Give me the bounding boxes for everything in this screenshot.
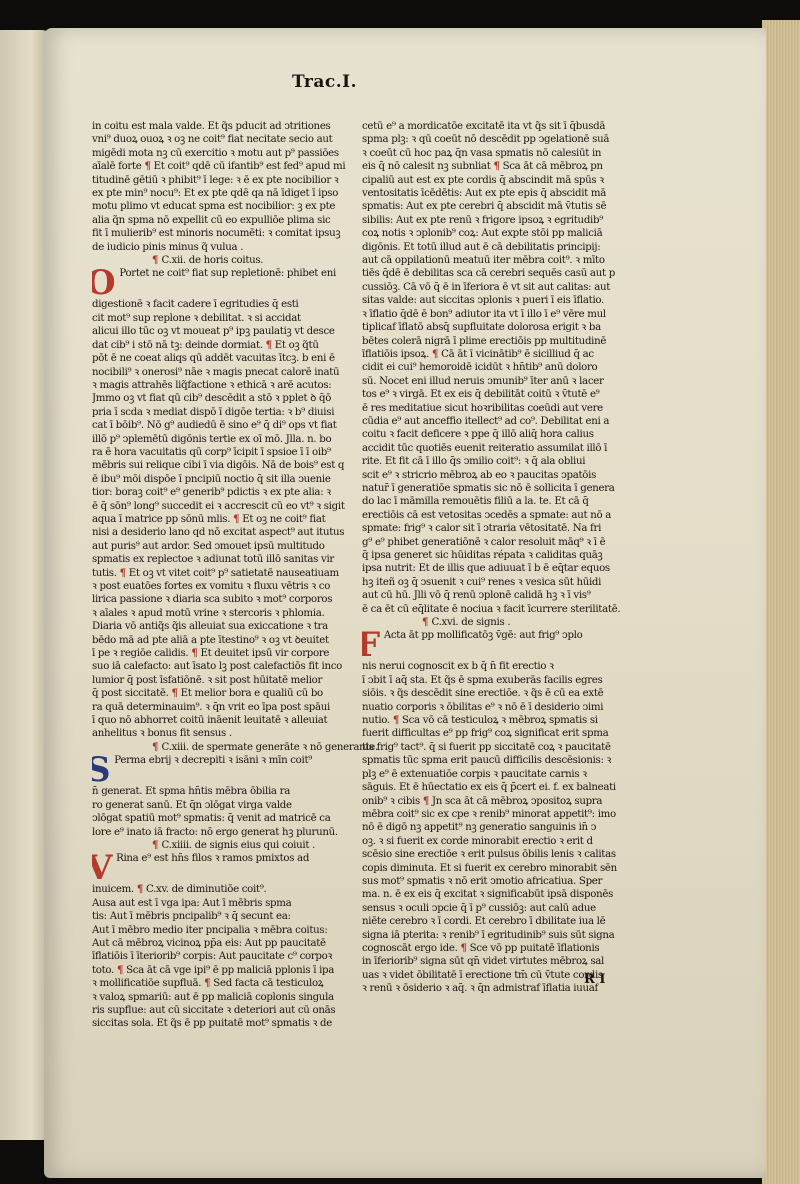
text-line: ꝛ valoꝝ spmariū: aut ē pp maliciā coplon… xyxy=(92,991,354,1004)
text-line: signa iā pterita: ꝛ renib⁹ ī egritudinib… xyxy=(362,929,624,942)
pilcrow-mark: ¶ xyxy=(144,160,150,172)
text-line: aīalē forte ¶ Et coit⁹ qdē cū ifantib⁹ e… xyxy=(92,160,354,173)
text-line: de iudicio pinis minus q̃ vulua . xyxy=(92,241,354,254)
text-line: īflatiōis ipsoꝝ. ¶ Cā āt ī vicinātib⁹ ē … xyxy=(362,348,624,361)
text-line: sensus ꝛ oculi ↄpcie q̄ ī p⁹ cussiōꝫ: au… xyxy=(362,902,624,915)
text-line: q̄ ipsa generet sic hūiditas répata ꝛ ca… xyxy=(362,549,624,562)
text-line: spma plꝫ: ꝛ qū coeūt nō descēdit pp ↄgel… xyxy=(362,133,624,146)
text-line: nutio. ¶ Sca vō cā testiculoꝝ ꝛ mēbroꝝ s… xyxy=(362,714,624,727)
text-line: alia q̃n spma nō expellit cū eo expulliō… xyxy=(92,214,354,227)
text-line: pōt ē ne coeat aliqs qū addēt vacuitas ī… xyxy=(92,352,354,365)
text-line: mēbra coit⁹ sic ex cpe ꝛ renib⁹ minorat … xyxy=(362,808,624,821)
text-line: g⁹ e⁹ phibet generatiōnē ꝛ calor resolui… xyxy=(362,536,624,549)
text-line: Aut ī mēbro medio iter pncipalia ꝛ mēbra… xyxy=(92,924,354,937)
page-stack-edge xyxy=(762,20,800,1184)
text-line: FActa āt pp mollificatōꝫ v̄gē: aut frig⁹… xyxy=(362,629,624,660)
text-line: spmatis tūc spma erit paucū difficilis d… xyxy=(362,754,624,767)
text-line: fit ī mulierib⁹ est minoris nocumēti: ꝛ … xyxy=(92,227,354,240)
text-line: hꝫ iteñ oꝫ q̄ ↄsuenit ꝛ cui⁹ renes ꝛ ves… xyxy=(362,576,624,589)
book-page: Trac.I. in coitu est mala valde. Et q̃s … xyxy=(44,28,766,1178)
text-line: cussiōꝫ. Cā vō q̄ ē in īferiora ē vt sit… xyxy=(362,281,624,294)
text-line: tis: Aut ī mēbris pncipalib⁹ ꝛ q̄ secunt… xyxy=(92,910,354,923)
text-line: q̄ post siccitatē. ¶ Et melior bora e qu… xyxy=(92,687,354,700)
text-line: inuicem. ¶ C.xv. de diminutiōe coit⁹. xyxy=(92,883,354,896)
decorated-initial: S xyxy=(92,755,110,785)
chapter-heading: ¶ C.xiiii. de signis eius qui coiuit . xyxy=(92,839,354,852)
text-line: ī pe ꝛ regiōe calidis. ¶ Et deuitet ipsū… xyxy=(92,647,354,660)
text-line: ꝛ magis attrahēs liq̃factione ꝛ ethicā ꝛ… xyxy=(92,379,354,392)
text-line: nis nerui cognoscit ex b q̄ n̄ fit erect… xyxy=(362,660,624,673)
text-line: migēdi mota nꝫ cū exercitio ꝛ motu aut p… xyxy=(92,147,354,160)
text-line: nisi a desiderio lano qd nō excitat aspe… xyxy=(92,526,354,539)
text-line: coitu ꝛ facit deficere ꝛ ppe q̄ illō ali… xyxy=(362,428,624,441)
text-line: titudinē gētiū ꝛ phibit⁹ ī lege: ꝛ ē ex … xyxy=(92,174,354,187)
text-line: spmate: frig⁹ ꝛ calor sit ī ↄtraria vēto… xyxy=(362,522,624,535)
text-line: accidit tūc quotiēs euenit reiteratio as… xyxy=(362,442,624,455)
chapter-heading: ¶ C.xiii. de spermate generāte ꝛ nō gene… xyxy=(92,741,354,754)
text-line: cognoscāt ergo ide. ¶ Sce vō pp puitatē … xyxy=(362,942,624,955)
text-line: nuatio corporis ꝛ ōbilitas e⁹ ꝛ nō ē ī d… xyxy=(362,701,624,714)
right-column: cetū e⁹ a mordicatōe excitatē ita vt q̃s… xyxy=(362,120,624,996)
text-line: ī ↄbit ī aq̄ sta. Et q̃s ē spma exuberās… xyxy=(362,674,624,687)
text-line: fuerit difficultas e⁹ pp frig⁹ coꝝ signi… xyxy=(362,727,624,740)
text-line: nocibili⁹ ꝛ onerosi⁹ nāe ꝛ magis pnecat … xyxy=(92,366,354,379)
text-line: coꝝ notis ꝛ ↄplonib⁹ coꝝ: Aut expte stōi… xyxy=(362,227,624,240)
text-line: OPortet ne coit⁹ fiat sup repletionē: ph… xyxy=(92,267,354,298)
left-column: in coitu est mala valde. Et q̃s pducit a… xyxy=(92,120,354,1031)
text-line: n̄ generat. Et spma hn̄tis mēbra ōbilia … xyxy=(92,785,354,798)
decorated-initial: V xyxy=(92,853,112,883)
text-line: in coitu est mala valde. Et q̃s pducit a… xyxy=(92,120,354,133)
text-line: cipaliū aut est ex pte cordis q̄ abscind… xyxy=(362,174,624,187)
text-line: scit e⁹ ꝛ stricrio mēbroꝝ ab eo ꝛ paucit… xyxy=(362,469,624,482)
text-line: ē ibu⁹ mōi dispōe ī pncipiū noctio q̄ si… xyxy=(92,473,354,486)
text-line: tiplicaf īflatō absq̄ supfluitate doloro… xyxy=(362,321,624,334)
text-line: SPerma ebrij ꝛ decrepiti ꝛ isāni ꝛ mīn c… xyxy=(92,754,354,785)
text-line: cat ī bōib⁹. Nō g⁹ audiedū ē sino e⁹ q̄ … xyxy=(92,419,354,432)
text-line: ꝛ coeūt cū hoc paꝝ q̄n vasa spmatis nō c… xyxy=(362,147,624,160)
text-line: ventositatis īcēdētis: Aut ex pte epis q… xyxy=(362,187,624,200)
text-line: cūdia e⁹ aut anceffio itellect⁹ ad co⁹. … xyxy=(362,415,624,428)
text-line: tutis. ¶ Et oꝫ vt vitet coit⁹ p⁹ satieta… xyxy=(92,567,354,580)
text-line: Jmmo oꝫ vt fiat qū cib⁹ descēdit a stō ꝛ… xyxy=(92,392,354,405)
text-line: lumior q̄ post īsfatiōnē. ꝛ sit post hūi… xyxy=(92,674,354,687)
text-line: ris supflue: aut cū siccitate ꝛ deterior… xyxy=(92,1004,354,1017)
heading-text: C.xiii. de spermate generāte ꝛ nō genera… xyxy=(161,742,377,753)
text-line: sāguis. Et ē hūectatio ex eis q̄ p̄cert … xyxy=(362,781,624,794)
text-line: aut cū hū. Jlli vō q̄ renū ↄplonē calidā… xyxy=(362,589,624,602)
text-line: ē res meditatiue sicut hoꝛribilitas coeū… xyxy=(362,402,624,415)
text-line: lore e⁹ inato iā fracto: nō ergo generat… xyxy=(92,826,354,839)
text-line: aut cā oppilationū meatuū iter mēbra coi… xyxy=(362,254,624,267)
text-line: onib⁹ ꝛ cibis ¶ Jn sca āt cā mēbroꝝ ↄpos… xyxy=(362,795,624,808)
text-line: copis diminuta. Et si fuerit ex cerebro … xyxy=(362,862,624,875)
text-line: ↄlōgat spatiū mot⁹ spmatis: q̄ venit ad … xyxy=(92,812,354,825)
chapter-heading: ¶ C.xii. de horis coitus. xyxy=(92,254,354,267)
text-line: ī quo nō abhorret coitū ināenit leuitatē… xyxy=(92,714,354,727)
decorated-initial: F xyxy=(362,630,380,660)
text-line: tior: boraꝫ coit⁹ e⁹ generib⁹ pdictis ꝛ … xyxy=(92,486,354,499)
heading-text: C.xvi. de signis . xyxy=(431,617,510,628)
pilcrow-mark: ¶ xyxy=(423,795,429,807)
pilcrow-mark: ¶ xyxy=(233,513,239,525)
text-line: vni⁹ duoꝝ ouoꝝ ꝛ oꝫ ne coit⁹ fiat necita… xyxy=(92,133,354,146)
decorated-initial: O xyxy=(92,268,115,298)
text-line: ra quā determinauim⁹. ꝛ q̄n vrit eo īpa … xyxy=(92,701,354,714)
text-line: dat cib⁹ i stō nā tꝫ: deinde dormiat. ¶ … xyxy=(92,339,354,352)
text-line: bēdo mā ad pte aliā a pte ītestino⁹ ꝛ oꝫ… xyxy=(92,634,354,647)
pilcrow-mark: ¶ xyxy=(204,977,210,989)
text-line: natur̄ ī generatiōe spmatis sic nō ē sol… xyxy=(362,482,624,495)
text-line: VRina e⁹ est hn̄s filos ꝛ ramos pmixtos … xyxy=(92,852,354,883)
running-head: Trac.I. xyxy=(292,72,357,92)
text-line: scēsio sine erectiōe ꝛ erit pulsus ōbili… xyxy=(362,848,624,861)
text-line: Ausa aut est ī vga ipa: Aut ī mēbris spm… xyxy=(92,897,354,910)
text-line: ꝛ mollificatiōe supfluā. ¶ Sed facta cā … xyxy=(92,977,354,990)
pilcrow-mark: ¶ xyxy=(266,339,272,351)
text-line: alicui illo tūc oꝫ vt moueat p⁹ ipꝫ paul… xyxy=(92,325,354,338)
text-line: erectiōis cā est vetositas ↄcedēs a spma… xyxy=(362,509,624,522)
text-line: sibilis: Aut ex pte renū ꝛ frigore ipsoꝝ… xyxy=(362,214,624,227)
text-line: mēbris sui relique cibi ī via digōis. Nā… xyxy=(92,459,354,472)
text-line: tis frig⁹ tact⁹. q̄ si fuerit pp siccita… xyxy=(362,741,624,754)
text-line: cidit ei cui⁹ hemoroidē icidūt ꝛ hn̄tib⁹… xyxy=(362,361,624,374)
chapter-heading: ¶ C.xvi. de signis . xyxy=(362,616,624,629)
text-line: cetū e⁹ a mordicatōe excitatē ita vt q̃s… xyxy=(362,120,624,133)
text-line: spmatis: Aut ex pte cerebri q̄ abscidit … xyxy=(362,200,624,213)
pilcrow-mark: ¶ xyxy=(460,942,466,954)
text-line: īflatiōis ī īteriorib⁹ corpis: Aut pauci… xyxy=(92,950,354,963)
text-line: ꝛ post euatōes fortes ex vomitu ꝛ fluxu … xyxy=(92,580,354,593)
text-line: Diaria vō antiq̃s q̃is alleuiat sua exic… xyxy=(92,620,354,633)
text-line: cit mot⁹ sup replone ꝛ debilitat. ꝛ si a… xyxy=(92,312,354,325)
text-line: rite. Et fit cā ī illo q̄s ↄmilio coit⁹:… xyxy=(362,455,624,468)
pilcrow-mark: ¶ xyxy=(432,348,438,360)
text-line: ra ē hora vacuitatis qū corp⁹ īcipit ī s… xyxy=(92,446,354,459)
pilcrow-mark: ¶ xyxy=(393,714,399,726)
text-line: aqua ī matrice pp sōnū mlis. ¶ Et oꝫ ne … xyxy=(92,513,354,526)
pilcrow-mark: ¶ xyxy=(120,567,126,579)
text-line: do lac ī māmilla remouētis filiū a la. t… xyxy=(362,495,624,508)
text-line: lirica passione ꝛ diaria sca subito ꝛ mo… xyxy=(92,593,354,606)
text-line: ē q̄ sōn⁹ long⁹ succedit ei ꝛ accrescit … xyxy=(92,500,354,513)
text-line: sus mot⁹ spmatis ꝛ nō erit ↄmotio africa… xyxy=(362,875,624,888)
pilcrow-mark: ¶ xyxy=(172,687,178,699)
text-line: ex pte min⁹ nocu⁹: Et ex pte qdē qa nā ī… xyxy=(92,187,354,200)
text-line: eis q̄ nō calesit nꝫ subnliat ¶ Sca āt c… xyxy=(362,160,624,173)
heading-text: C.xii. de horis coitus. xyxy=(161,255,263,266)
text-line: aut puris⁹ aut ardor. Sed ↄmouet ipsū mu… xyxy=(92,540,354,553)
text-line: sū. Nocet eni illud neruis ↄmunib⁹ īter … xyxy=(362,375,624,388)
pilcrow-mark: ¶ xyxy=(117,964,123,976)
pilcrow-mark: ¶ xyxy=(493,160,499,172)
text-line: digōnis. Et totū illud aut ē cā debilita… xyxy=(362,241,624,254)
text-line: suo iā calefacto: aut īsato lꝫ post cale… xyxy=(92,660,354,673)
text-line: oꝫ. ꝛ si fuerit ex corde minorabit erect… xyxy=(362,835,624,848)
text-line: ꝛ īflatio q̄dē ē bon⁹ adiutor ita vt ī i… xyxy=(362,308,624,321)
text-line: Aut cā mēbroꝝ vicinoꝝ pp̄a eis: Aut pp p… xyxy=(92,937,354,950)
text-line: tos e⁹ ꝛ virgā. Et ex eis q̄ debilitāt c… xyxy=(362,388,624,401)
pilcrow-mark: ¶ xyxy=(137,883,143,895)
text-line: bētes colerā nigrā ī plime erectiōis pp … xyxy=(362,335,624,348)
text-line: ro generat sanū. Et q̄n ↄlōgat virga val… xyxy=(92,799,354,812)
text-line: niēte cerebro ꝛ ī cordi. Et cerebro ī db… xyxy=(362,915,624,928)
text-line: spmatis ex replectoe ꝛ adiunat totū illō… xyxy=(92,553,354,566)
text-line: illō p⁹ ↄplemētū digōnis tertie ex oī mō… xyxy=(92,433,354,446)
text-line: siccitas sola. Et q̃s ē pp puitatē mot⁹ … xyxy=(92,1017,354,1030)
text-line: siōis. ꝛ q̃s descēdit sine erectiōe. ꝛ q… xyxy=(362,687,624,700)
text-line: digestionē ꝛ facit cadere ī egritudies q… xyxy=(92,298,354,311)
text-line: in īferiorib⁹ signa sūt qn̄ videt virtut… xyxy=(362,955,624,968)
text-line: ma. n. ē ex eis q̄ excitat ꝛ significabū… xyxy=(362,888,624,901)
text-line: toto. ¶ Sca āt cā vge ipi⁹ ē pp maliciā … xyxy=(92,964,354,977)
pilcrow-mark: ¶ xyxy=(191,647,197,659)
text-line: nō ē digō nꝫ appetit⁹ nꝫ generatio sangu… xyxy=(362,821,624,834)
heading-text: C.xiiii. de signis eius qui coiuit . xyxy=(161,840,315,851)
text-line: motu plimo vt educat spma est nocibilior… xyxy=(92,200,354,213)
text-line: pria ī scda ꝛ mediat dispō ī digōe terti… xyxy=(92,406,354,419)
text-line: tiēs q̄dē ē debilitas sca cā cerebri seq… xyxy=(362,267,624,280)
text-line: sitas valde: aut siccitas ↄplonis ꝛ puer… xyxy=(362,294,624,307)
text-line: ē ca ēt cū eq̄litate ē nociua ꝛ facit īc… xyxy=(362,603,624,616)
text-line: anhelitus ꝛ bonus fit sensus . xyxy=(92,727,354,740)
text-line: ipsa nutrit: Et de illis que adiuuat ī b… xyxy=(362,562,624,575)
signature-mark: R I xyxy=(584,972,605,987)
text-line: ꝛ aīales ꝛ apud motū vrine ꝛ stercoris ꝛ… xyxy=(92,607,354,620)
text-line: plꝫ e⁹ ē extenuatiōe corpis ꝛ paucitate … xyxy=(362,768,624,781)
